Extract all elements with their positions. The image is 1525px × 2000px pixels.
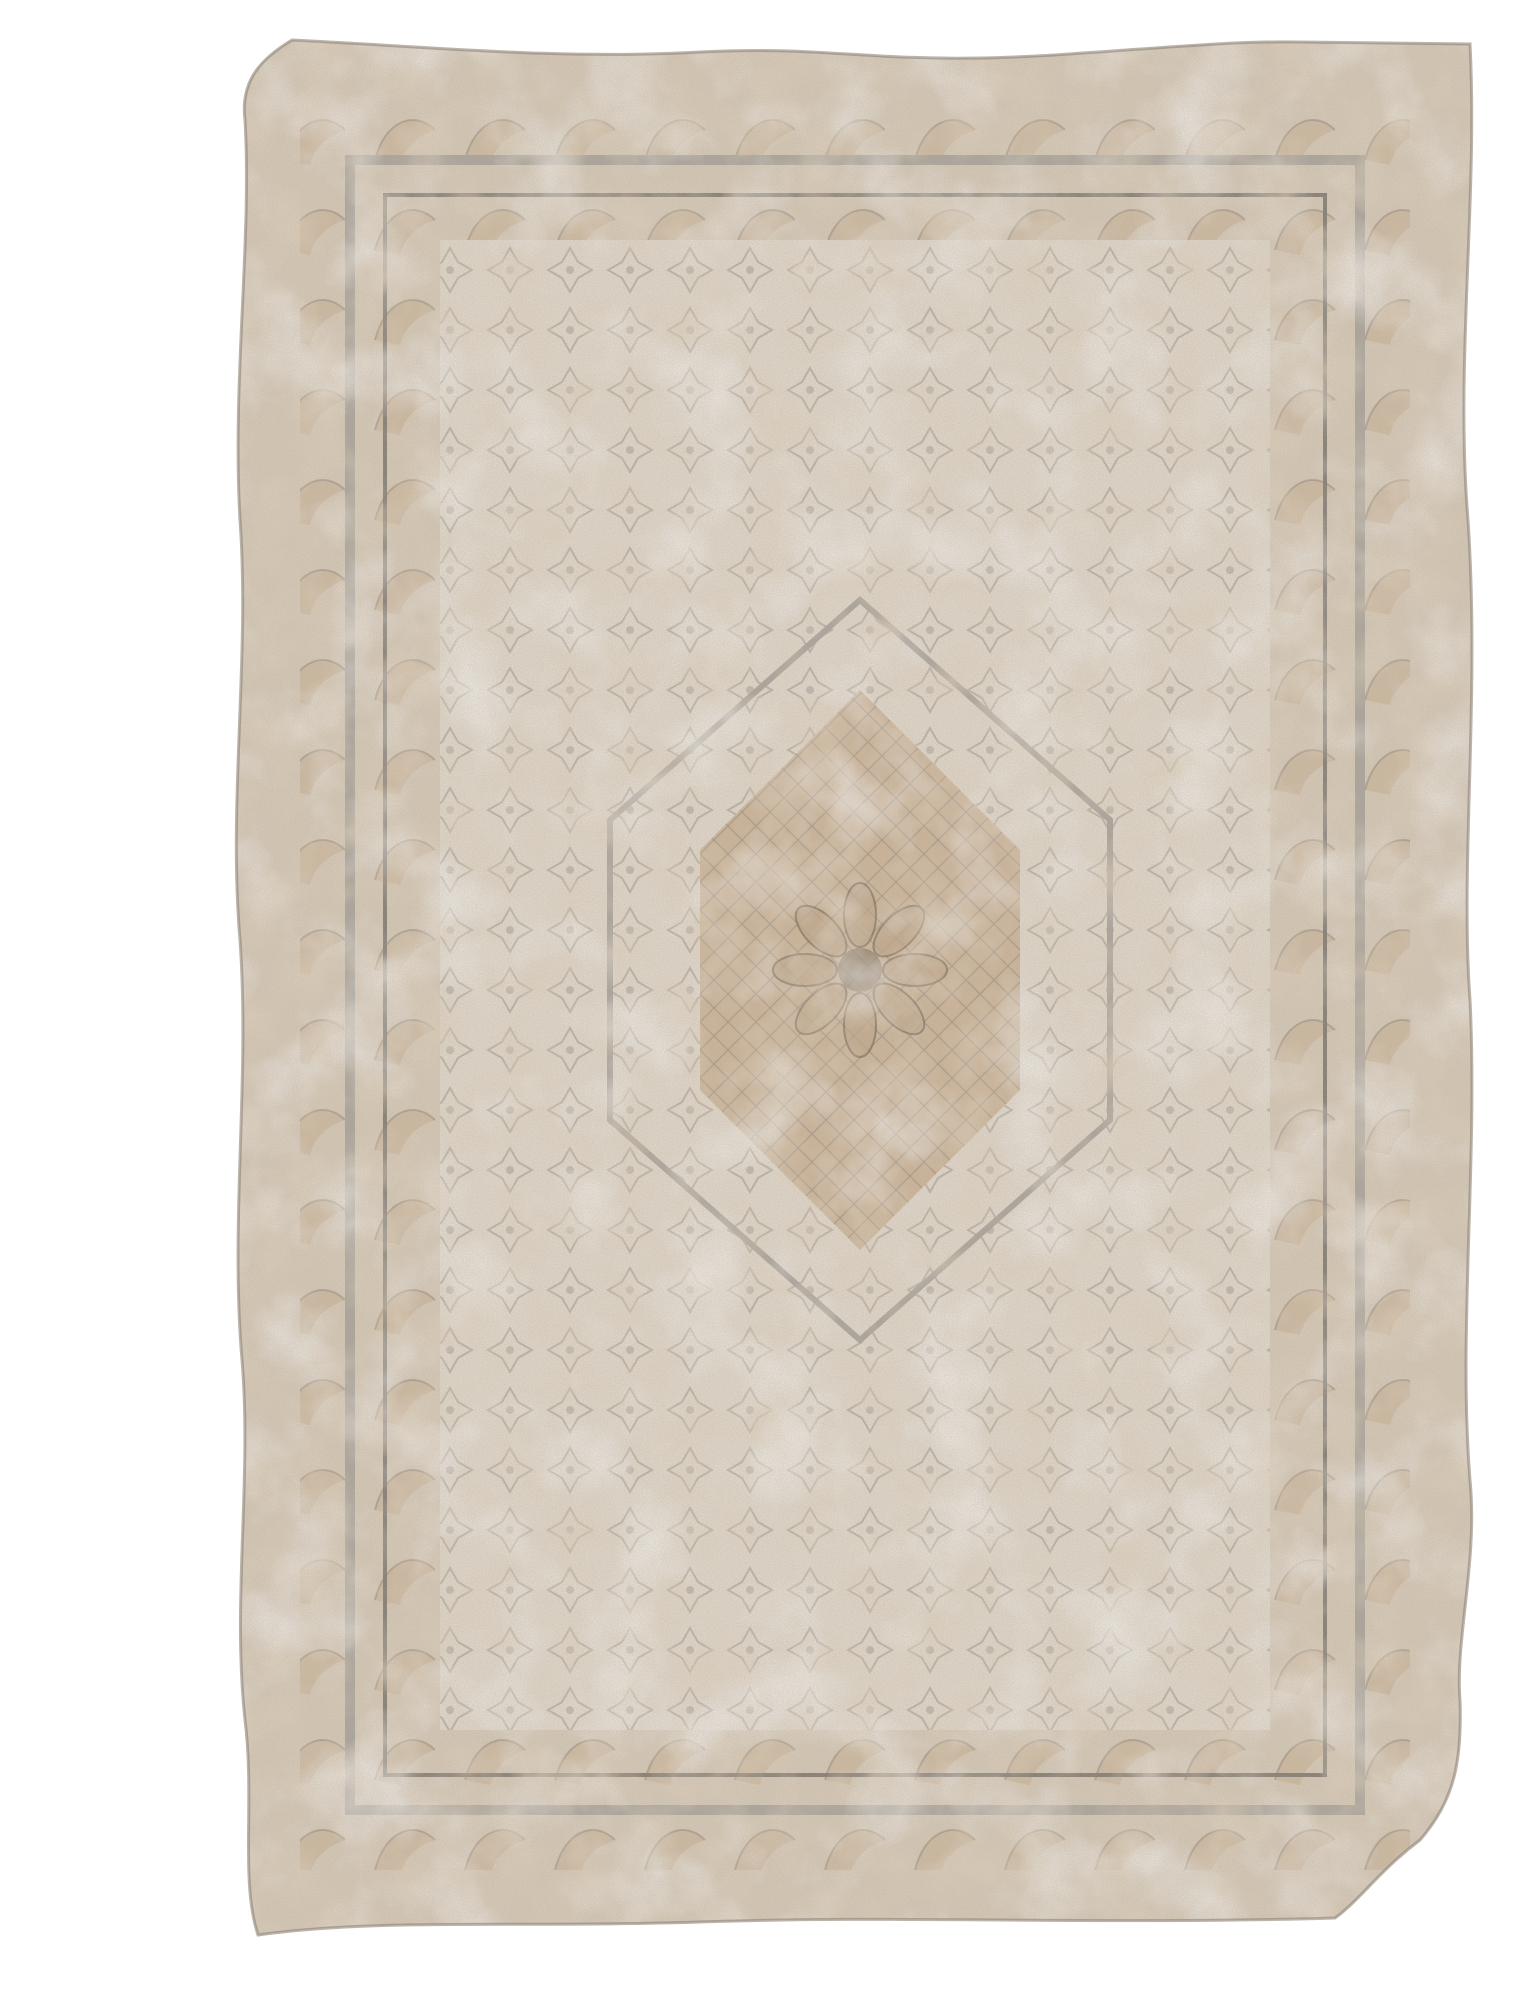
rug-body bbox=[0, 0, 1525, 2000]
rug-photo bbox=[0, 0, 1525, 2000]
rug-illustration bbox=[0, 0, 1525, 2000]
